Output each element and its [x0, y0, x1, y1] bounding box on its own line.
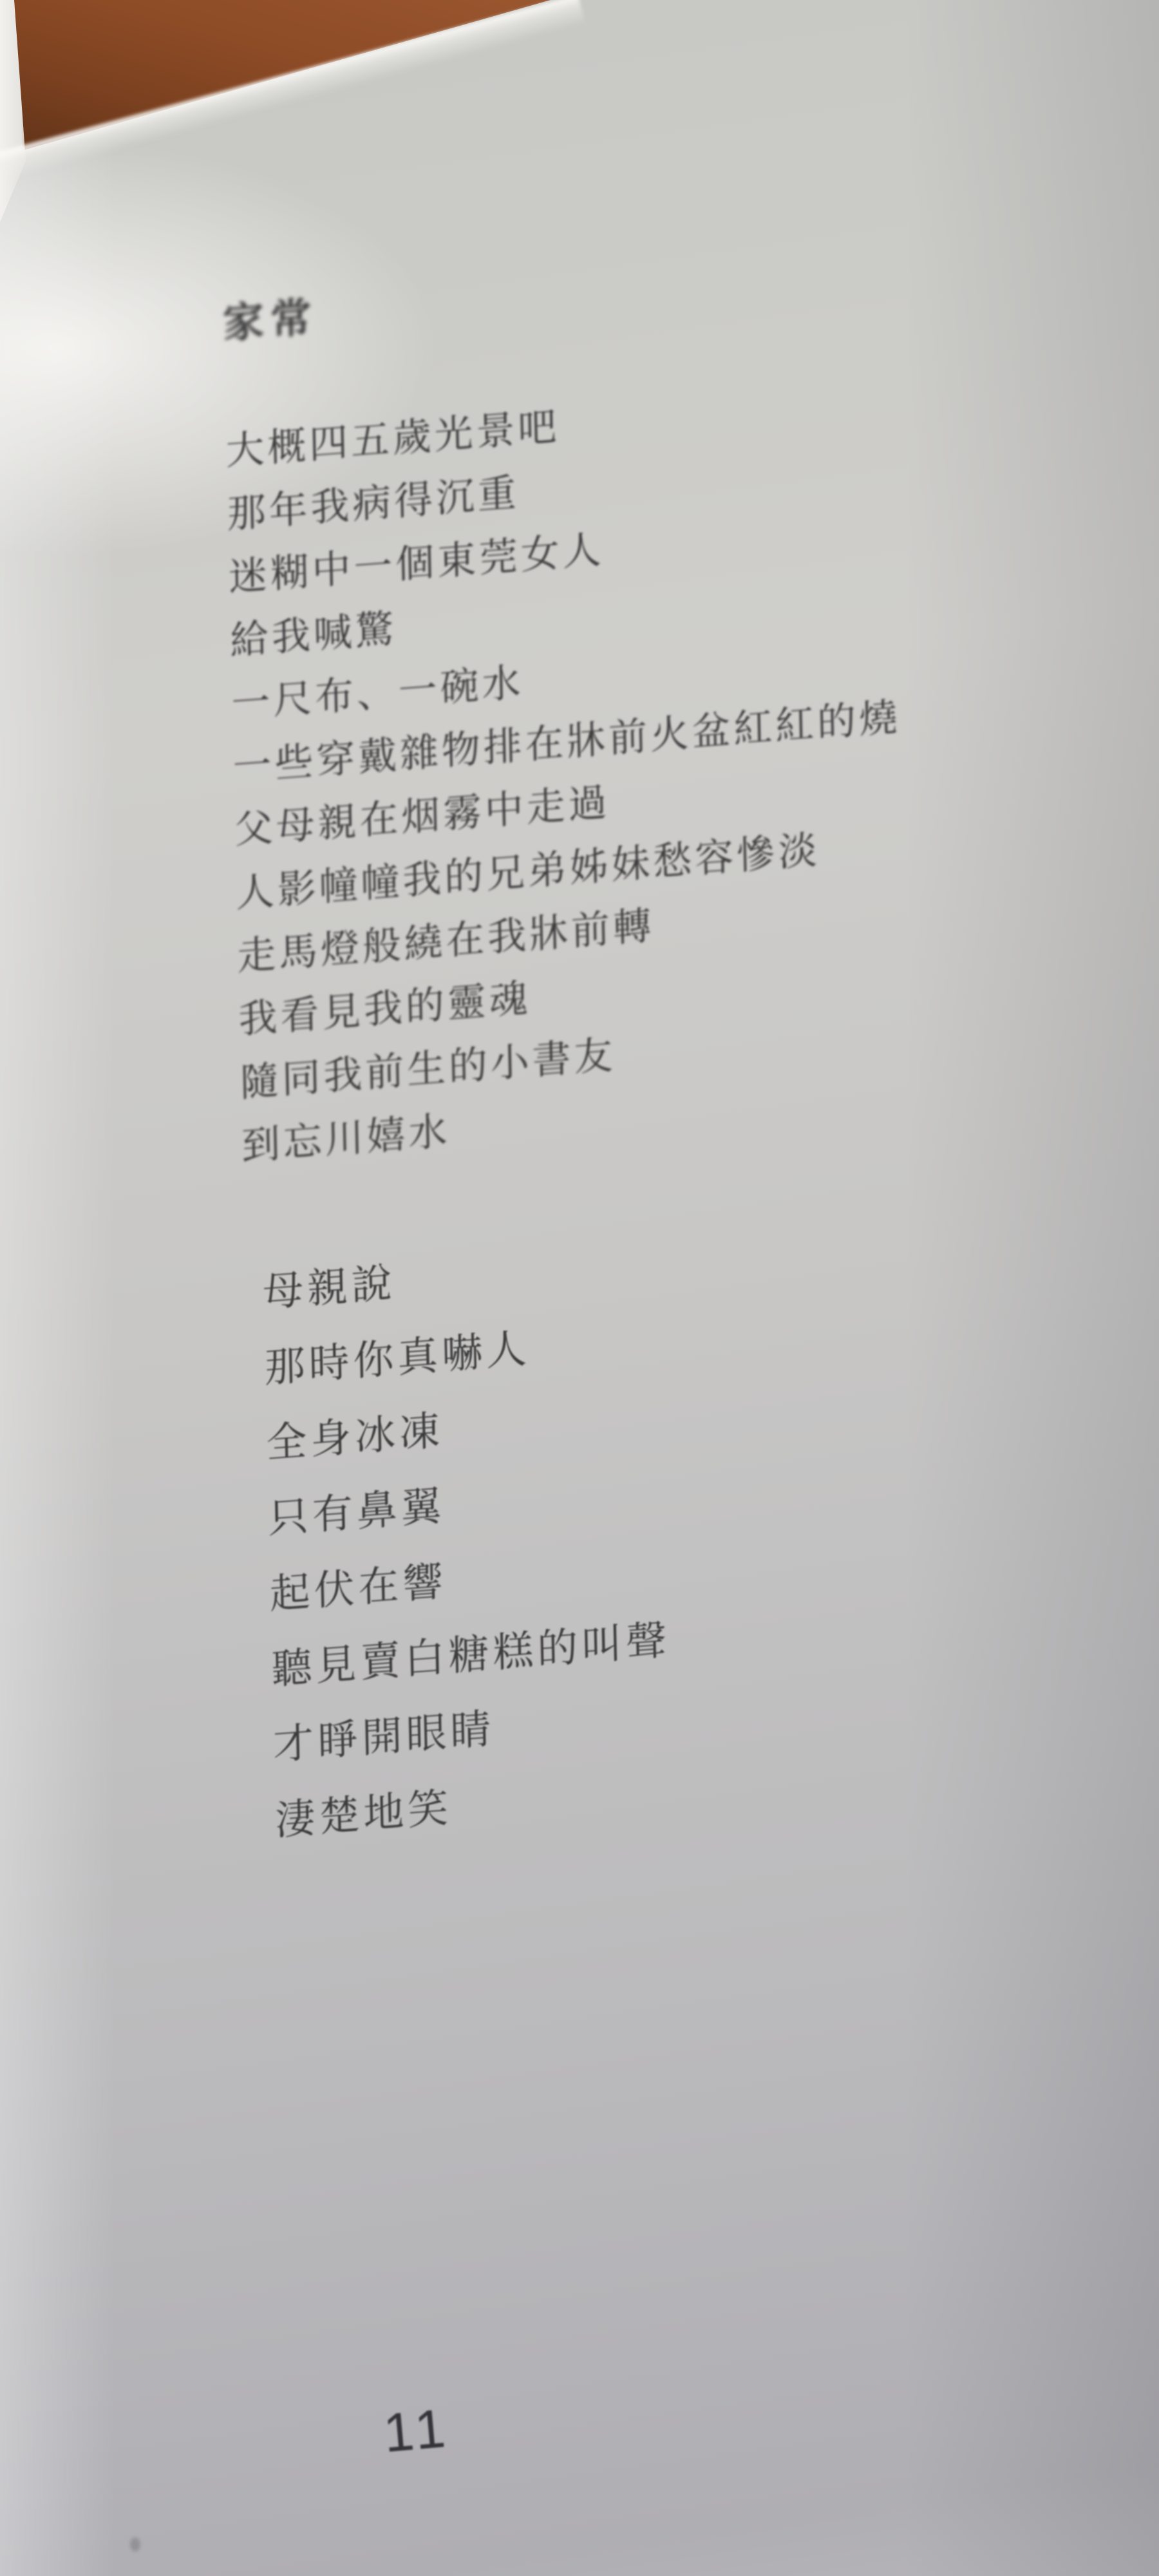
poem-title: 家常: [222, 241, 891, 350]
poem-stanza-1: 大概四五歲光景吧 那年我病得沉重 迷糊中一個東莞女人 給我喊驚 一尺布、一碗水 …: [225, 370, 910, 1178]
page-number: 11: [381, 2397, 453, 2465]
book-page-photo: 家常 大概四五歲光景吧 那年我病得沉重 迷糊中一個東莞女人 給我喊驚 一尺布、一…: [0, 0, 1159, 2576]
poem: 家常 大概四五歲光景吧 那年我病得沉重 迷糊中一個東莞女人 給我喊驚 一尺布、一…: [222, 241, 925, 1861]
poem-stanza-2: 母親說 那時你真嚇人 全身冰凍 只有鼻翼 起伏在響 聽見賣白糖糕的叫聲 才睜開眼…: [262, 1207, 925, 1859]
paper-speck: [130, 2537, 140, 2552]
